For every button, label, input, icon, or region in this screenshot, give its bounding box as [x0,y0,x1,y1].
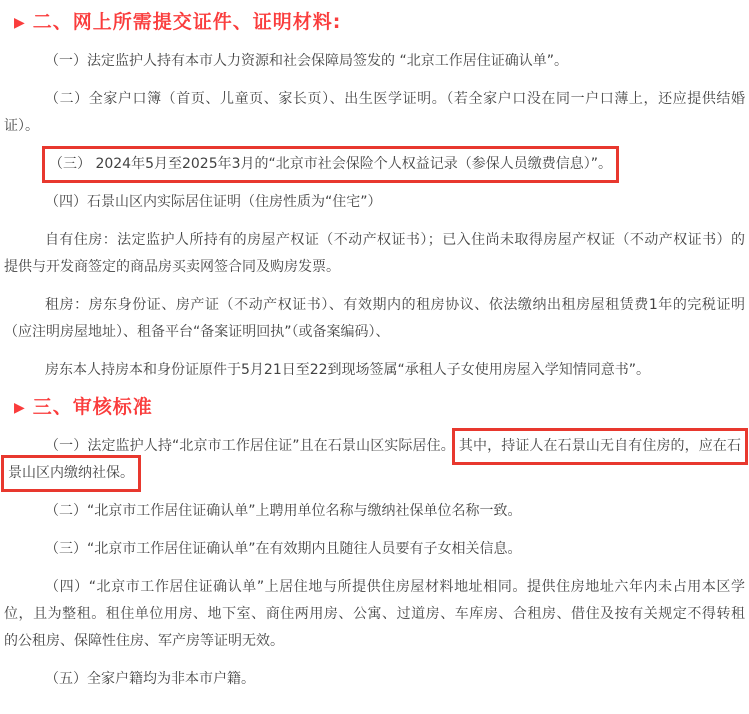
text-segment: （三）“北京市工作居住证确认单”在有效期内且随往人员要有子女相关信息。 [45,541,522,557]
highlight-box-social-insurance: （三） 2024年5月至2025年3月的“北京市社会保险个人权益记录（参保人员缴… [45,149,616,180]
text-line: 位，且为整租。租住单位用房、地下室、商住两用房、公寓、过道房、车库房、合租房、借… [4,601,745,628]
text-line: （一）法定监护人持“北京市工作居住证”且在石景山区实际居住。其中，持证人在石景山… [4,433,745,460]
paragraph-s2-3: （三） 2024年5月至2025年3月的“北京市社会保险个人权益记录（参保人员缴… [4,151,745,178]
text-segment: （四）石景山区内实际居住证明（住房性质为“住宅”） [45,194,382,210]
text-line: 提供与开发商签定的商品房买卖网签合同及购房发票。 [4,254,745,281]
text-line: 租房：房东身份证、房产证（不动产权证书）、有效期内的租房协议、依法缴纳出租房屋租… [4,292,745,319]
text-segment: （五）全家户籍均为非本市户籍。 [45,671,255,687]
text-line: （一）法定监护人持有本市人力资源和社会保障局签发的 “北京工作居住证确认单”。 [4,48,745,75]
text-line: 景山区内缴纳社保。 [4,460,745,487]
text-segment: 证）。 [4,118,39,134]
text-segment: 房东本人持房本和身份证原件于5月21日至22到现场签属“承租人子女使用房屋入学知… [45,362,650,378]
paragraph-s2-1: （一）法定监护人持有本市人力资源和社会保障局签发的 “北京工作居住证确认单”。 [4,48,745,75]
text-line: （五）全家户籍均为非本市户籍。 [4,666,745,693]
text-segment: 位，且为整租。租住单位用房、地下室、商住两用房、公寓、过道房、车库房、合租房、借… [4,606,745,622]
text-line: （二）全家户口簿（首页、儿童页、家长页）、出生医学证明。（若全家户口没在同一户口… [4,86,745,113]
paragraph-s3-4: （四）“北京市工作居住证确认单”上居住地与所提供住房屋材料地址相同。提供住房地址… [4,574,745,655]
section-heading-2-text: 二、网上所需提交证件、证明材料: [33,11,342,33]
text-segment: 自有住房：法定监护人所持有的房屋产权证（不动产权证书）；已入住尚未取得房屋产权证… [45,232,745,248]
text-segment: （一）法定监护人持“北京市工作居住证”且在石景山区实际居住。 [45,438,455,454]
paragraph-s2-own-housing: 自有住房：法定监护人所持有的房屋产权证（不动产权证书）；已入住尚未取得房屋产权证… [4,227,745,281]
text-line: （三） 2024年5月至2025年3月的“北京市社会保险个人权益记录（参保人员缴… [4,151,745,178]
text-segment: （一）法定监护人持有本市人力资源和社会保障局签发的 “北京工作居住证确认单”。 [45,53,568,69]
paragraph-s2-rental: 租房：房东身份证、房产证（不动产权证书）、有效期内的租房协议、依法缴纳出租房屋租… [4,292,745,346]
document-body: ▶二、网上所需提交证件、证明材料: （一）法定监护人持有本市人力资源和社会保障局… [4,10,745,693]
section-heading-3: ▶三、审核标准 [4,395,745,421]
text-line: （应注明房屋地址）、租备平台“备案证明回执”（或备案编码）、 [4,319,745,346]
text-segment: 的公租房、保障性住房、军产房等证明无效。 [4,633,284,649]
text-line: 证）。 [4,113,745,140]
paragraph-s3-1: （一）法定监护人持“北京市工作居住证”且在石景山区实际居住。其中，持证人在石景山… [4,433,745,487]
paragraph-s3-2: （二）“北京市工作居住证确认单”上聘用单位名称与缴纳社保单位名称一致。 [4,498,745,525]
text-line: 房东本人持房本和身份证原件于5月21日至22到现场签属“承租人子女使用房屋入学知… [4,357,745,384]
text-segment: （应注明房屋地址）、租备平台“备案证明回执”（或备案编码）、 [4,324,390,340]
paragraph-s3-5: （五）全家户籍均为非本市户籍。 [4,666,745,693]
paragraph-s2-2: （二）全家户口簿（首页、儿童页、家长页）、出生医学证明。（若全家户口没在同一户口… [4,86,745,140]
bullet-triangle-icon: ▶ [14,396,26,420]
section-heading-2: ▶二、网上所需提交证件、证明材料: [4,10,745,36]
text-line: （二）“北京市工作居住证确认单”上聘用单位名称与缴纳社保单位名称一致。 [4,498,745,525]
text-line: 的公租房、保障性住房、军产房等证明无效。 [4,628,745,655]
highlight-box-no-own-housing: 其中，持证人在石景山无自有住房的，应在石 [455,431,745,462]
text-segment: （四）“北京市工作居住证确认单”上居住地与所提供住房屋材料地址相同。提供住房地址… [45,579,745,595]
paragraph-s2-landlord: 房东本人持房本和身份证原件于5月21日至22到现场签属“承租人子女使用房屋入学知… [4,357,745,384]
highlight-box-pay-social-insurance: 景山区内缴纳社保。 [4,458,138,489]
text-segment: 租房：房东身份证、房产证（不动产权证书）、有效期内的租房协议、依法缴纳出租房屋租… [45,297,745,313]
text-line: （四）石景山区内实际居住证明（住房性质为“住宅”） [4,189,745,216]
text-segment: （二）全家户口簿（首页、儿童页、家长页）、出生医学证明。（若全家户口没在同一户口… [45,91,745,107]
text-segment: 提供与开发商签定的商品房买卖网签合同及购房发票。 [4,259,340,275]
section-heading-3-text: 三、审核标准 [33,396,153,418]
text-segment: （二）“北京市工作居住证确认单”上聘用单位名称与缴纳社保单位名称一致。 [45,503,522,519]
bullet-triangle-icon: ▶ [14,11,26,35]
text-line: （三）“北京市工作居住证确认单”在有效期内且随往人员要有子女相关信息。 [4,536,745,563]
text-line: 自有住房：法定监护人所持有的房屋产权证（不动产权证书）；已入住尚未取得房屋产权证… [4,227,745,254]
text-line: （四）“北京市工作居住证确认单”上居住地与所提供住房屋材料地址相同。提供住房地址… [4,574,745,601]
paragraph-s2-4: （四）石景山区内实际居住证明（住房性质为“住宅”） [4,189,745,216]
paragraph-s3-3: （三）“北京市工作居住证确认单”在有效期内且随往人员要有子女相关信息。 [4,536,745,563]
